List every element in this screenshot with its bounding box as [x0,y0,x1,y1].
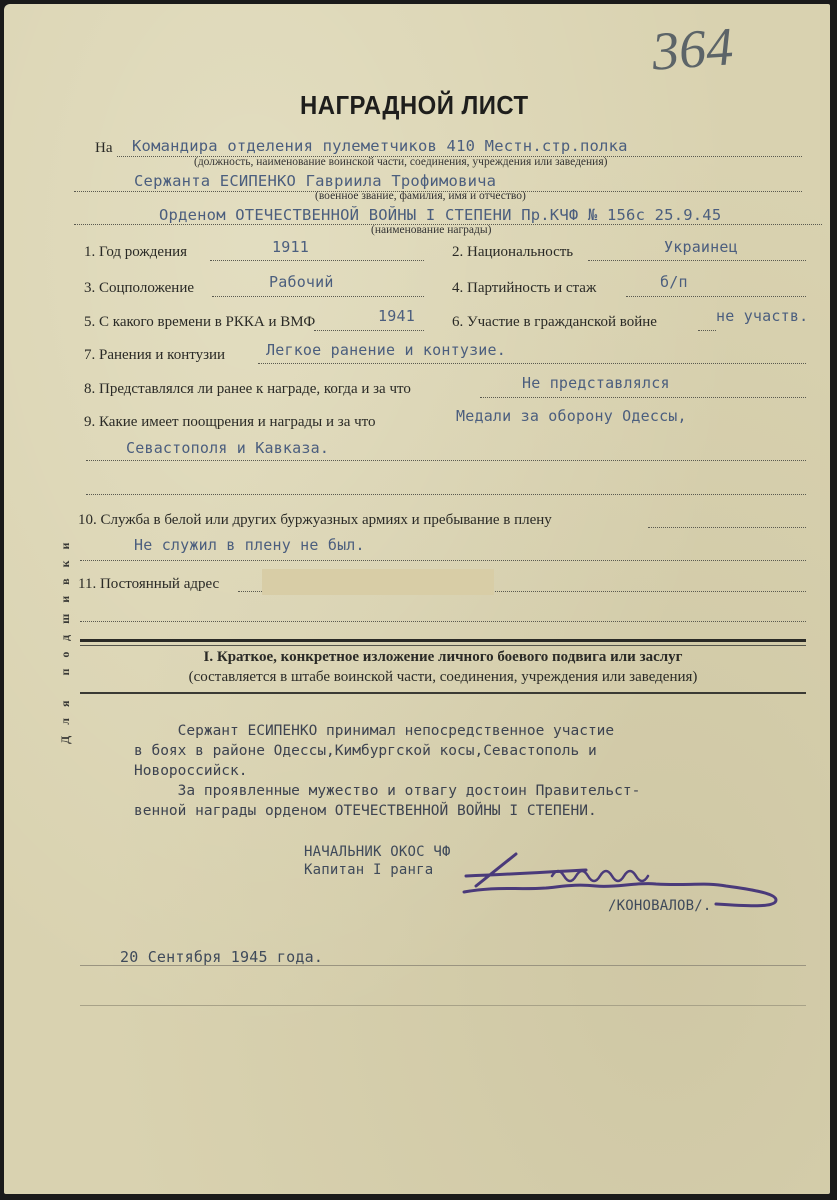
to-prefix: На [95,140,113,157]
field-wounds-label: 7. Ранения и контузии [84,347,225,364]
address-redaction [262,569,494,595]
field-nationality-value: Украинец [664,238,738,256]
section-heading: I. Краткое, конкретное изложение личного… [80,649,806,666]
field-civil-war-value: не участв. [716,307,808,325]
date-line [80,965,806,966]
field-civil-war-line [698,330,716,331]
field-decorations-label: 9. Какие имеет поощрения и награды и за … [84,414,376,431]
field-service-since-line [314,330,424,331]
field-party-line [626,296,806,297]
field-service-since-label: 5. С какого времени в РККА и ВМФ [84,314,315,331]
field-party-value: б/п [660,273,688,291]
feat-narrative: Сержант ЕСИПЕНКО принимал непосредственн… [134,721,640,821]
award-value: Орденом ОТЕЧЕСТВЕННОЙ ВОЙНЫ I СТЕПЕНИ Пр… [159,206,721,224]
position-caption: (должность, наименование воинской части,… [194,156,607,168]
section-top-rule-thin [80,645,806,646]
field-white-army-line-2 [80,560,806,561]
field-address-label: 11. Постоянный адрес [78,576,219,593]
document-date: 20 Сентября 1945 года. [120,948,323,966]
field-decorations-line-2 [86,460,806,461]
field-prior-awards-label: 8. Представлялся ли ранее к награде, ког… [84,381,411,398]
field-prior-awards-line [480,397,806,398]
field-decorations-value: Медали за оборону Одессы, [456,407,687,425]
signatory-rank: Капитан I ранга [304,862,433,878]
field-birth-year-line [210,260,424,261]
field-decorations-line-3 [86,494,806,495]
field-prior-awards-value: Не представлялся [522,374,670,392]
bottom-faint-line [80,1005,806,1006]
field-wounds-line [258,363,806,364]
field-birth-year-label: 1. Год рождения [84,244,187,261]
field-civil-war-label: 6. Участие в гражданской войне [452,314,657,331]
signatory-position: НАЧАЛЬНИК ОКОС ЧФ [304,844,451,860]
field-nationality-label: 2. Национальность [452,244,573,261]
document-title: НАГРАДНОЙ ЛИСТ [300,90,529,121]
archive-page-number: 364 [650,15,735,82]
field-service-since-value: 1941 [378,307,415,325]
field-white-army-value: Не служил в плену не был. [134,536,365,554]
recipient-name-value: Сержанта ЕСИПЕНКО Гавриила Трофимовича [134,172,496,190]
section-top-rule [80,639,806,642]
position-value: Командира отделения пулеметчиков 410 Мес… [132,137,628,155]
binding-margin-note: Для подшивки [58,504,72,744]
field-social-status-value: Рабочий [269,273,334,291]
field-social-status-line [212,296,424,297]
field-social-status-label: 3. Соцположение [84,280,194,297]
field-birth-year-value: 1911 [272,238,309,256]
field-address-line-2 [80,621,806,622]
field-wounds-value: Легкое ранение и контузие. [266,341,506,359]
section-subheading: (составляется в штабе воинской части, со… [80,669,806,686]
signatory-name: /КОНОВАЛОВ/. [608,898,712,914]
field-decorations-value-line-2: Севастополя и Кавказа. [126,439,329,457]
award-caption: (наименование награды) [371,224,491,236]
field-nationality-line [588,260,806,261]
field-white-army-line [648,527,806,528]
name-caption: (военное звание, фамилия, имя и отчество… [315,190,526,202]
award-sheet: 364 НАГРАДНОЙ ЛИСТ На Командира отделени… [4,4,830,1194]
field-party-label: 4. Партийность и стаж [452,280,596,297]
field-white-army-label: 10. Служба в белой или других буржуазных… [78,512,552,529]
section-bottom-rule [80,692,806,694]
